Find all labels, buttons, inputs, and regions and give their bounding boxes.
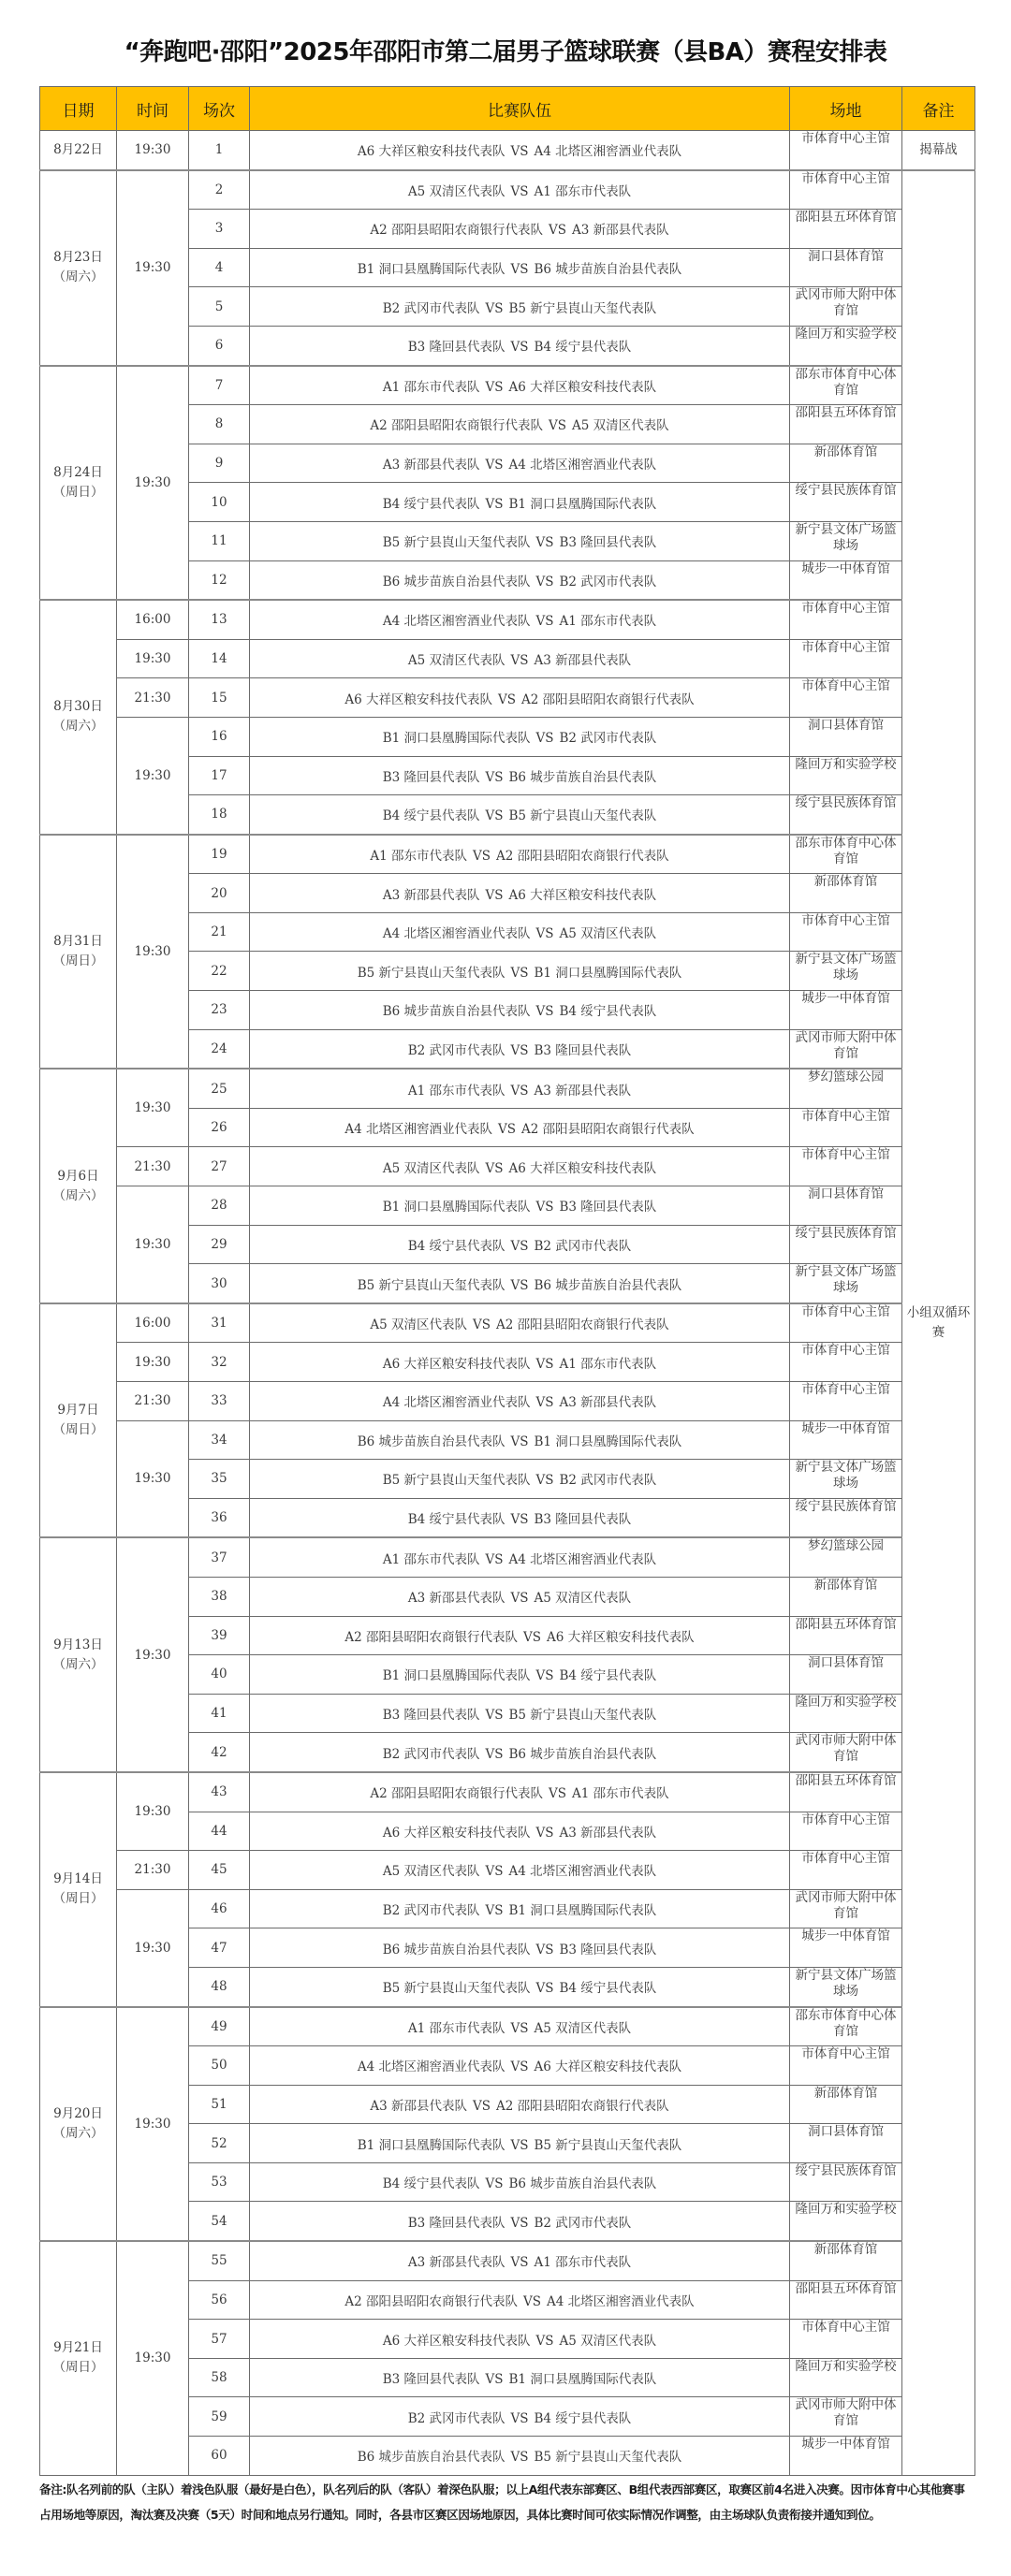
vs-label: VS (486, 497, 504, 512)
time-cell: 19:30 (117, 1069, 189, 1147)
match-number: 60 (189, 2437, 250, 2476)
time-cell: 19:30 (117, 1343, 189, 1382)
time-cell: 19:30 (117, 366, 189, 601)
match-number: 8 (189, 405, 250, 444)
vs-label: VS (511, 653, 529, 668)
vs-label: VS (473, 1317, 491, 1332)
match-number: 23 (189, 991, 250, 1030)
home-team: B3 隆回县代表队 (383, 2372, 480, 2387)
vs-label: VS (511, 262, 529, 277)
match-number: 54 (189, 2202, 250, 2241)
matchup-cell: B6 城步苗族自治县代表队VSB2 武冈市代表队 (250, 560, 790, 600)
home-team: A4 北塔区湘窖酒业代表队 (383, 1395, 531, 1410)
home-team: B5 新宁县崀山天玺代表队 (358, 966, 505, 981)
away-team: B1 洞口县凰腾国际代表队 (509, 2372, 657, 2387)
home-team: B5 新宁县崀山天玺代表队 (383, 1473, 531, 1488)
away-team: B5 新宁县崀山天玺代表队 (509, 1708, 657, 1723)
venue-cell: 绥宁县民族体育馆 (790, 795, 902, 835)
away-team: A4 北塔区湘窖酒业代表队 (547, 2294, 695, 2309)
home-team: B1 洞口县凰腾国际代表队 (358, 262, 505, 277)
vs-label: VS (486, 1552, 504, 1567)
matchup-cell: A6 大祥区粮安科技代表队VSA1 邵东市代表队 (250, 1343, 790, 1382)
match-number: 46 (189, 1889, 250, 1928)
vs-label: VS (511, 2411, 529, 2426)
vs-label: VS (511, 1043, 529, 1058)
home-team: A2 邵阳县昭阳农商银行代表队 (344, 2294, 518, 2309)
venue-cell: 邵东市体育中心体育馆 (790, 835, 902, 874)
venue-cell: 梦幻篮球公园 (790, 1069, 902, 1108)
vs-label: VS (549, 1786, 566, 1801)
match-number: 1 (189, 131, 250, 170)
home-team: B1 洞口县凰腾国际代表队 (383, 1668, 531, 1683)
matchup-cell: B2 武冈市代表队VSB3 隆回县代表队 (250, 1029, 790, 1069)
home-team: A6 大祥区粮安科技代表队 (383, 1826, 531, 1841)
away-team: A4 北塔区湘窖酒业代表队 (509, 1864, 657, 1879)
matchup-cell: B5 新宁县崀山天玺代表队VSB4 绥宁县代表队 (250, 1967, 790, 2006)
weekday-text: （周日） (40, 2358, 116, 2378)
header-date: 日期 (40, 87, 117, 131)
away-team: A5 双清区代表队 (535, 1591, 632, 1606)
venue-cell: 绥宁县民族体育馆 (790, 1498, 902, 1537)
match-number: 40 (189, 1655, 250, 1695)
match-number: 11 (189, 521, 250, 560)
away-team: B1 洞口县凰腾国际代表队 (509, 1903, 657, 1918)
match-number: 48 (189, 1967, 250, 2006)
vs-label: VS (536, 926, 554, 941)
away-team: B2 武冈市代表队 (535, 2216, 632, 2231)
match-number: 18 (189, 795, 250, 835)
matchup-cell: B1 洞口县凰腾国际代表队VSB2 武冈市代表队 (250, 717, 790, 756)
matchup-cell: A6 大祥区粮安科技代表队VSA5 双清区代表队 (250, 2320, 790, 2359)
away-team: B1 洞口县凰腾国际代表队 (509, 497, 657, 512)
away-team: B6 城步苗族自治县代表队 (509, 1747, 657, 1762)
matchup-cell: B1 洞口县凰腾国际代表队VSB4 绥宁县代表队 (250, 1655, 790, 1695)
match-number: 43 (189, 1772, 250, 1812)
page-title: “奔跑吧·邵阳”2025年邵阳市第二届男子篮球联赛（县BA）赛程安排表 (0, 34, 1011, 71)
time-cell: 21:30 (117, 1147, 189, 1186)
time-cell: 19:30 (117, 1186, 189, 1303)
match-number: 4 (189, 248, 250, 287)
matchup-cell: B4 绥宁县代表队VSB6 城步苗族自治县代表队 (250, 2162, 790, 2202)
date-cell: 9月6日（周六） (40, 1069, 117, 1303)
schedule-body: 8月22日19:301A6 大祥区粮安科技代表队VSA4 北塔区湘窖酒业代表队市… (40, 131, 975, 2476)
date-text: 8月24日 (40, 463, 116, 483)
away-team: B4 绥宁县代表队 (535, 340, 632, 355)
venue-cell: 洞口县体育馆 (790, 2124, 902, 2163)
venue-cell: 邵阳县五环体育馆 (790, 210, 902, 249)
table-row: 19:3014A5 双清区代表队VSA3 新邵县代表队市体育中心主馆 (40, 639, 975, 678)
date-text: 8月31日 (40, 932, 116, 952)
match-number: 29 (189, 1225, 250, 1264)
away-team: A6 大祥区粮安科技代表队 (509, 1161, 657, 1176)
time-cell: 19:30 (117, 1537, 189, 1772)
header-time: 时间 (117, 87, 189, 131)
home-team: A2 邵阳县昭阳农商银行代表队 (344, 1630, 518, 1645)
home-team: B6 城步苗族自治县代表队 (358, 2450, 505, 2465)
away-team: A3 新邵县代表队 (572, 223, 669, 238)
away-team: B5 新宁县崀山天玺代表队 (509, 301, 657, 316)
venue-cell: 新邵体育馆 (790, 874, 902, 913)
match-number: 10 (189, 483, 250, 522)
venue-cell: 市体育中心主馆 (790, 678, 902, 718)
match-number: 49 (189, 2007, 250, 2046)
date-cell: 9月20日（周六） (40, 2007, 117, 2242)
date-text: 9月21日 (40, 2338, 116, 2358)
match-number: 30 (189, 1264, 250, 1303)
away-team: A1 邵东市代表队 (560, 614, 657, 629)
match-number: 21 (189, 912, 250, 952)
vs-label: VS (549, 223, 566, 238)
venue-cell: 市体育中心主馆 (790, 912, 902, 952)
home-team: A5 双清区代表队 (383, 1161, 480, 1176)
venue-cell: 隆回万和实验学校 (790, 326, 902, 365)
time-cell: 19:30 (117, 1772, 189, 1851)
venue-cell: 市体育中心主馆 (790, 131, 902, 170)
away-team: B3 隆回县代表队 (535, 1512, 632, 1527)
venue-cell: 市体育中心主馆 (790, 1108, 902, 1147)
table-row: 21:3015A6 大祥区粮安科技代表队VSA2 邵阳县昭阳农商银行代表队市体育… (40, 678, 975, 718)
table-row: 19:3046B2 武冈市代表队VSB1 洞口县凰腾国际代表队武冈市师大附中体育… (40, 1889, 975, 1928)
vs-label: VS (486, 380, 504, 395)
venue-cell: 邵阳县五环体育馆 (790, 1616, 902, 1655)
date-cell: 8月23日（周六） (40, 170, 117, 366)
vs-label: VS (511, 1591, 529, 1606)
match-number: 5 (189, 287, 250, 327)
match-number: 14 (189, 639, 250, 678)
vs-label: VS (486, 458, 504, 473)
away-team: B5 新宁县崀山天玺代表队 (535, 2450, 682, 2465)
venue-cell: 隆回万和实验学校 (790, 1694, 902, 1733)
home-team: B4 绥宁县代表队 (383, 497, 480, 512)
weekday-text: （周日） (40, 1420, 116, 1440)
matchup-cell: B5 新宁县崀山天玺代表队VSB1 洞口县凰腾国际代表队 (250, 952, 790, 991)
vs-label: VS (536, 614, 554, 629)
matchup-cell: A1 邵东市代表队VSA3 新邵县代表队 (250, 1069, 790, 1108)
venue-cell: 新宁县文体广场篮球场 (790, 1967, 902, 2006)
match-number: 25 (189, 1069, 250, 1108)
away-team: B5 新宁县崀山天玺代表队 (535, 2138, 682, 2153)
matchup-cell: A1 邵东市代表队VSA6 大祥区粮安科技代表队 (250, 366, 790, 405)
home-team: B4 绥宁县代表队 (408, 1239, 505, 1254)
vs-label: VS (486, 888, 504, 903)
match-number: 53 (189, 2162, 250, 2202)
vs-label: VS (511, 144, 529, 159)
vs-label: VS (511, 1084, 529, 1099)
venue-cell: 新宁县文体广场篮球场 (790, 952, 902, 991)
away-team: B1 洞口县凰腾国际代表队 (535, 966, 682, 981)
vs-label: VS (498, 1122, 516, 1137)
vs-label: VS (536, 1826, 554, 1841)
matchup-cell: A3 新邵县代表队VSA4 北塔区湘窖酒业代表队 (250, 444, 790, 483)
vs-label: VS (511, 340, 529, 355)
home-team: B4 绥宁县代表队 (383, 808, 480, 823)
match-number: 45 (189, 1851, 250, 1890)
match-number: 47 (189, 1928, 250, 1968)
date-text: 9月14日 (40, 1870, 116, 1889)
venue-cell: 市体育中心主馆 (790, 1147, 902, 1186)
table-row: 19:3032A6 大祥区粮安科技代表队VSA1 邵东市代表队市体育中心主馆 (40, 1343, 975, 1382)
match-number: 51 (189, 2085, 250, 2124)
table-row: 8月24日（周日）19:307A1 邵东市代表队VSA6 大祥区粮安科技代表队邵… (40, 366, 975, 405)
match-number: 41 (189, 1694, 250, 1733)
table-row: 9月20日（周六）19:3049A1 邵东市代表队VSA5 双清区代表队邵东市体… (40, 2007, 975, 2046)
date-text: 8月22日 (40, 140, 116, 160)
matchup-cell: B3 隆回县代表队VSB4 绥宁县代表队 (250, 326, 790, 365)
away-team: A4 北塔区湘窖酒业代表队 (535, 144, 682, 159)
vs-label: VS (511, 2021, 529, 2036)
time-cell: 21:30 (117, 678, 189, 718)
vs-label: VS (523, 2294, 541, 2309)
matchup-cell: A2 邵阳县昭阳农商银行代表队VSA3 新邵县代表队 (250, 210, 790, 249)
venue-cell: 市体育中心主馆 (790, 1303, 902, 1343)
time-cell: 16:00 (117, 1303, 189, 1343)
match-number: 7 (189, 366, 250, 405)
table-row: 8月23日（周六）19:302A5 双清区代表队VSA1 邵东市代表队市体育中心… (40, 170, 975, 210)
vs-label: VS (536, 535, 554, 550)
home-team: A3 新邵县代表队 (408, 2255, 505, 2270)
away-team: B4 绥宁县代表队 (560, 1668, 657, 1683)
match-number: 38 (189, 1577, 250, 1616)
venue-cell: 绥宁县民族体育馆 (790, 2162, 902, 2202)
match-number: 13 (189, 600, 250, 639)
vs-label: VS (536, 1668, 554, 1683)
match-number: 58 (189, 2358, 250, 2397)
table-row: 9月21日（周日）19:3055A3 新邵县代表队VSA1 邵东市代表队新邵体育… (40, 2241, 975, 2280)
home-team: A6 大祥区粮安科技代表队 (383, 1357, 531, 1372)
date-text: 9月6日 (40, 1167, 116, 1186)
away-team: A1 邵东市代表队 (560, 1357, 657, 1372)
time-cell: 19:30 (117, 170, 189, 366)
weekday-text: （周六） (40, 1655, 116, 1675)
home-team: A2 邵阳县昭阳农商银行代表队 (370, 418, 543, 433)
vs-label: VS (511, 1278, 529, 1293)
time-cell: 19:30 (117, 2007, 189, 2242)
home-team: A5 双清区代表队 (408, 653, 505, 668)
table-row: 8月22日19:301A6 大祥区粮安科技代表队VSA4 北塔区湘窖酒业代表队市… (40, 131, 975, 170)
match-number: 2 (189, 170, 250, 210)
vs-label: VS (486, 301, 504, 316)
away-team: A6 大祥区粮安科技代表队 (535, 2059, 682, 2074)
venue-cell: 武冈市师大附中体育馆 (790, 1889, 902, 1928)
vs-label: VS (486, 1903, 504, 1918)
home-team: B5 新宁县崀山天玺代表队 (383, 535, 531, 550)
table-row: 8月31日（周日）19:3019A1 邵东市代表队VSA2 邵阳县昭阳农商银行代… (40, 835, 975, 874)
home-team: B1 洞口县凰腾国际代表队 (383, 1200, 531, 1215)
away-team: B6 城步苗族自治县代表队 (535, 262, 682, 277)
matchup-cell: B2 武冈市代表队VSB1 洞口县凰腾国际代表队 (250, 1889, 790, 1928)
away-team: A3 新邵县代表队 (560, 1826, 657, 1841)
home-team: A6 大祥区粮安科技代表队 (344, 692, 492, 707)
venue-cell: 邵阳县五环体育馆 (790, 405, 902, 444)
vs-label: VS (486, 770, 504, 785)
matchup-cell: A4 北塔区湘窖酒业代表队VSA6 大祥区粮安科技代表队 (250, 2046, 790, 2086)
home-team: B3 隆回县代表队 (383, 770, 480, 785)
home-team: B4 绥宁县代表队 (408, 1512, 505, 1527)
venue-cell: 武冈市师大附中体育馆 (790, 1733, 902, 1772)
matchup-cell: A6 大祥区粮安科技代表队VSA2 邵阳县昭阳农商银行代表队 (250, 678, 790, 718)
away-team: B3 隆回县代表队 (560, 535, 657, 550)
venue-cell: 市体育中心主馆 (790, 2046, 902, 2086)
match-number: 42 (189, 1733, 250, 1772)
away-team: A3 新邵县代表队 (535, 1084, 632, 1099)
home-team: A3 新邵县代表队 (408, 1591, 505, 1606)
vs-label: VS (511, 2059, 529, 2074)
time-cell: 19:30 (117, 2241, 189, 2475)
matchup-cell: B5 新宁县崀山天玺代表队VSB3 隆回县代表队 (250, 521, 790, 560)
vs-label: VS (486, 1708, 504, 1723)
matchup-cell: B1 洞口县凰腾国际代表队VSB3 隆回县代表队 (250, 1186, 790, 1226)
away-team: A5 双清区代表队 (560, 2334, 657, 2349)
away-team: A5 双清区代表队 (572, 418, 669, 433)
date-cell: 9月13日（周六） (40, 1537, 117, 1772)
matchup-cell: A3 新邵县代表队VSA5 双清区代表队 (250, 1577, 790, 1616)
remark-opening: 揭幕战 (902, 131, 975, 170)
match-number: 59 (189, 2397, 250, 2437)
time-cell: 19:30 (117, 639, 189, 678)
match-number: 55 (189, 2241, 250, 2280)
time-cell: 19:30 (117, 1420, 189, 1537)
match-number: 28 (189, 1186, 250, 1226)
venue-cell: 新宁县文体广场篮球场 (790, 521, 902, 560)
matchup-cell: A4 北塔区湘窖酒业代表队VSA5 双清区代表队 (250, 912, 790, 952)
matchup-cell: A6 大祥区粮安科技代表队VSA3 新邵县代表队 (250, 1812, 790, 1851)
matchup-cell: A5 双清区代表队VSA2 邵阳县昭阳农商银行代表队 (250, 1303, 790, 1343)
venue-cell: 绥宁县民族体育馆 (790, 483, 902, 522)
table-row: 21:3045A5 双清区代表队VSA4 北塔区湘窖酒业代表队市体育中心主馆 (40, 1851, 975, 1890)
home-team: B6 城步苗族自治县代表队 (383, 575, 531, 589)
date-cell: 9月14日（周日） (40, 1772, 117, 2007)
venue-cell: 武冈市师大附中体育馆 (790, 1029, 902, 1069)
matchup-cell: A5 双清区代表队VSA1 邵东市代表队 (250, 170, 790, 210)
venue-cell: 隆回万和实验学校 (790, 2202, 902, 2241)
venue-cell: 邵东市体育中心体育馆 (790, 366, 902, 405)
home-team: A5 双清区代表队 (383, 1864, 480, 1879)
vs-label: VS (511, 1239, 529, 1254)
match-number: 17 (189, 756, 250, 795)
away-team: B6 城步苗族自治县代表队 (535, 1278, 682, 1293)
away-team: A3 新邵县代表队 (535, 653, 632, 668)
matchup-cell: A4 北塔区湘窖酒业代表队VSA2 邵阳县昭阳农商银行代表队 (250, 1108, 790, 1147)
vs-label: VS (486, 2372, 504, 2387)
venue-cell: 市体育中心主馆 (790, 1343, 902, 1382)
match-number: 44 (189, 1812, 250, 1851)
vs-label: VS (511, 2216, 529, 2231)
matchup-cell: B4 绥宁县代表队VSB2 武冈市代表队 (250, 1225, 790, 1264)
weekday-text: （周六） (40, 2124, 116, 2144)
header-teams: 比赛队伍 (250, 87, 790, 131)
home-team: B5 新宁县崀山天玺代表队 (358, 1278, 505, 1293)
weekday-text: （周六） (40, 717, 116, 736)
date-cell: 9月7日（周日） (40, 1303, 117, 1538)
venue-cell: 城步一中体育馆 (790, 1928, 902, 1968)
away-team: B4 绥宁县代表队 (535, 2411, 632, 2426)
home-team: B6 城步苗族自治县代表队 (383, 1943, 531, 1957)
matchup-cell: A4 北塔区湘窖酒业代表队VSA1 邵东市代表队 (250, 600, 790, 639)
away-team: A2 邵阳县昭阳农商银行代表队 (496, 2099, 669, 2114)
matchup-cell: B6 城步苗族自治县代表队VSB1 洞口县凰腾国际代表队 (250, 1420, 790, 1460)
home-team: B3 隆回县代表队 (383, 1708, 480, 1723)
home-team: A4 北塔区湘窖酒业代表队 (344, 1122, 492, 1137)
home-team: A3 新邵县代表队 (383, 458, 480, 473)
match-number: 24 (189, 1029, 250, 1069)
vs-label: VS (511, 1512, 529, 1527)
match-number: 56 (189, 2280, 250, 2320)
away-team: A1 邵东市代表队 (535, 184, 632, 199)
table-row: 21:3027A5 双清区代表队VSA6 大祥区粮安科技代表队市体育中心主馆 (40, 1147, 975, 1186)
match-number: 35 (189, 1460, 250, 1499)
time-cell: 19:30 (117, 1889, 189, 2006)
away-team: A6 大祥区粮安科技代表队 (547, 1630, 695, 1645)
vs-label: VS (486, 1161, 504, 1176)
away-team: A1 邵东市代表队 (535, 2255, 632, 2270)
match-number: 31 (189, 1303, 250, 1343)
home-team: A3 新邵县代表队 (383, 888, 480, 903)
vs-label: VS (486, 1747, 504, 1762)
venue-cell: 市体育中心主馆 (790, 600, 902, 639)
vs-label: VS (536, 1200, 554, 1215)
match-number: 12 (189, 560, 250, 600)
date-text: 8月30日 (40, 697, 116, 717)
venue-cell: 隆回万和实验学校 (790, 2358, 902, 2397)
matchup-cell: A2 邵阳县昭阳农商银行代表队VSA4 北塔区湘窖酒业代表队 (250, 2280, 790, 2320)
venue-cell: 市体育中心主馆 (790, 639, 902, 678)
match-number: 32 (189, 1343, 250, 1382)
away-team: A2 邵阳县昭阳农商银行代表队 (496, 849, 669, 864)
time-cell: 19:30 (117, 835, 189, 1070)
home-team: B3 隆回县代表队 (408, 340, 505, 355)
away-team: B6 城步苗族自治县代表队 (509, 770, 657, 785)
footnote: 备注:队名列前的队（主队）着浅色队服（最好是白色），队名列后的队（客队）着深色队… (39, 2477, 975, 2527)
away-team: A5 双清区代表队 (560, 926, 657, 941)
time-cell: 19:30 (117, 717, 189, 834)
home-team: A3 新邵县代表队 (370, 2099, 467, 2114)
matchup-cell: A1 邵东市代表队VSA2 邵阳县昭阳农商银行代表队 (250, 835, 790, 874)
match-number: 6 (189, 326, 250, 365)
matchup-cell: B4 绥宁县代表队VSB5 新宁县崀山天玺代表队 (250, 795, 790, 835)
vs-label: VS (536, 2334, 554, 2349)
match-number: 34 (189, 1420, 250, 1460)
venue-cell: 邵阳县五环体育馆 (790, 2280, 902, 2320)
weekday-text: （周六） (40, 268, 116, 287)
vs-label: VS (536, 1395, 554, 1410)
date-cell: 9月21日（周日） (40, 2241, 117, 2475)
date-text: 9月7日 (40, 1401, 116, 1420)
matchup-cell: A5 双清区代表队VSA4 北塔区湘窖酒业代表队 (250, 1851, 790, 1890)
weekday-text: （周日） (40, 1889, 116, 1909)
venue-cell: 新宁县文体广场篮球场 (790, 1264, 902, 1303)
vs-label: VS (536, 731, 554, 746)
match-number: 36 (189, 1498, 250, 1537)
venue-cell: 武冈市师大附中体育馆 (790, 287, 902, 327)
table-row: 9月6日（周六）19:3025A1 邵东市代表队VSA3 新邵县代表队梦幻篮球公… (40, 1069, 975, 1108)
away-team: B2 武冈市代表队 (560, 575, 657, 589)
away-team: A2 邵阳县昭阳农商银行代表队 (496, 1317, 669, 1332)
vs-label: VS (486, 2176, 504, 2191)
venue-cell: 市体育中心主馆 (790, 2320, 902, 2359)
match-number: 20 (189, 874, 250, 913)
home-team: A1 邵东市代表队 (383, 1552, 480, 1567)
away-team: B5 新宁县崀山天玺代表队 (509, 808, 657, 823)
matchup-cell: B2 武冈市代表队VSB5 新宁县崀山天玺代表队 (250, 287, 790, 327)
venue-cell: 新宁县文体广场篮球场 (790, 1460, 902, 1499)
vs-label: VS (511, 2138, 529, 2153)
time-cell: 16:00 (117, 600, 189, 639)
home-team: A6 大祥区粮安科技代表队 (383, 2334, 531, 2349)
date-cell: 8月22日 (40, 131, 117, 170)
home-team: B3 隆回县代表队 (408, 2216, 505, 2231)
home-team: B5 新宁县崀山天玺代表队 (383, 1981, 531, 1996)
away-team: B4 绥宁县代表队 (560, 1981, 657, 1996)
